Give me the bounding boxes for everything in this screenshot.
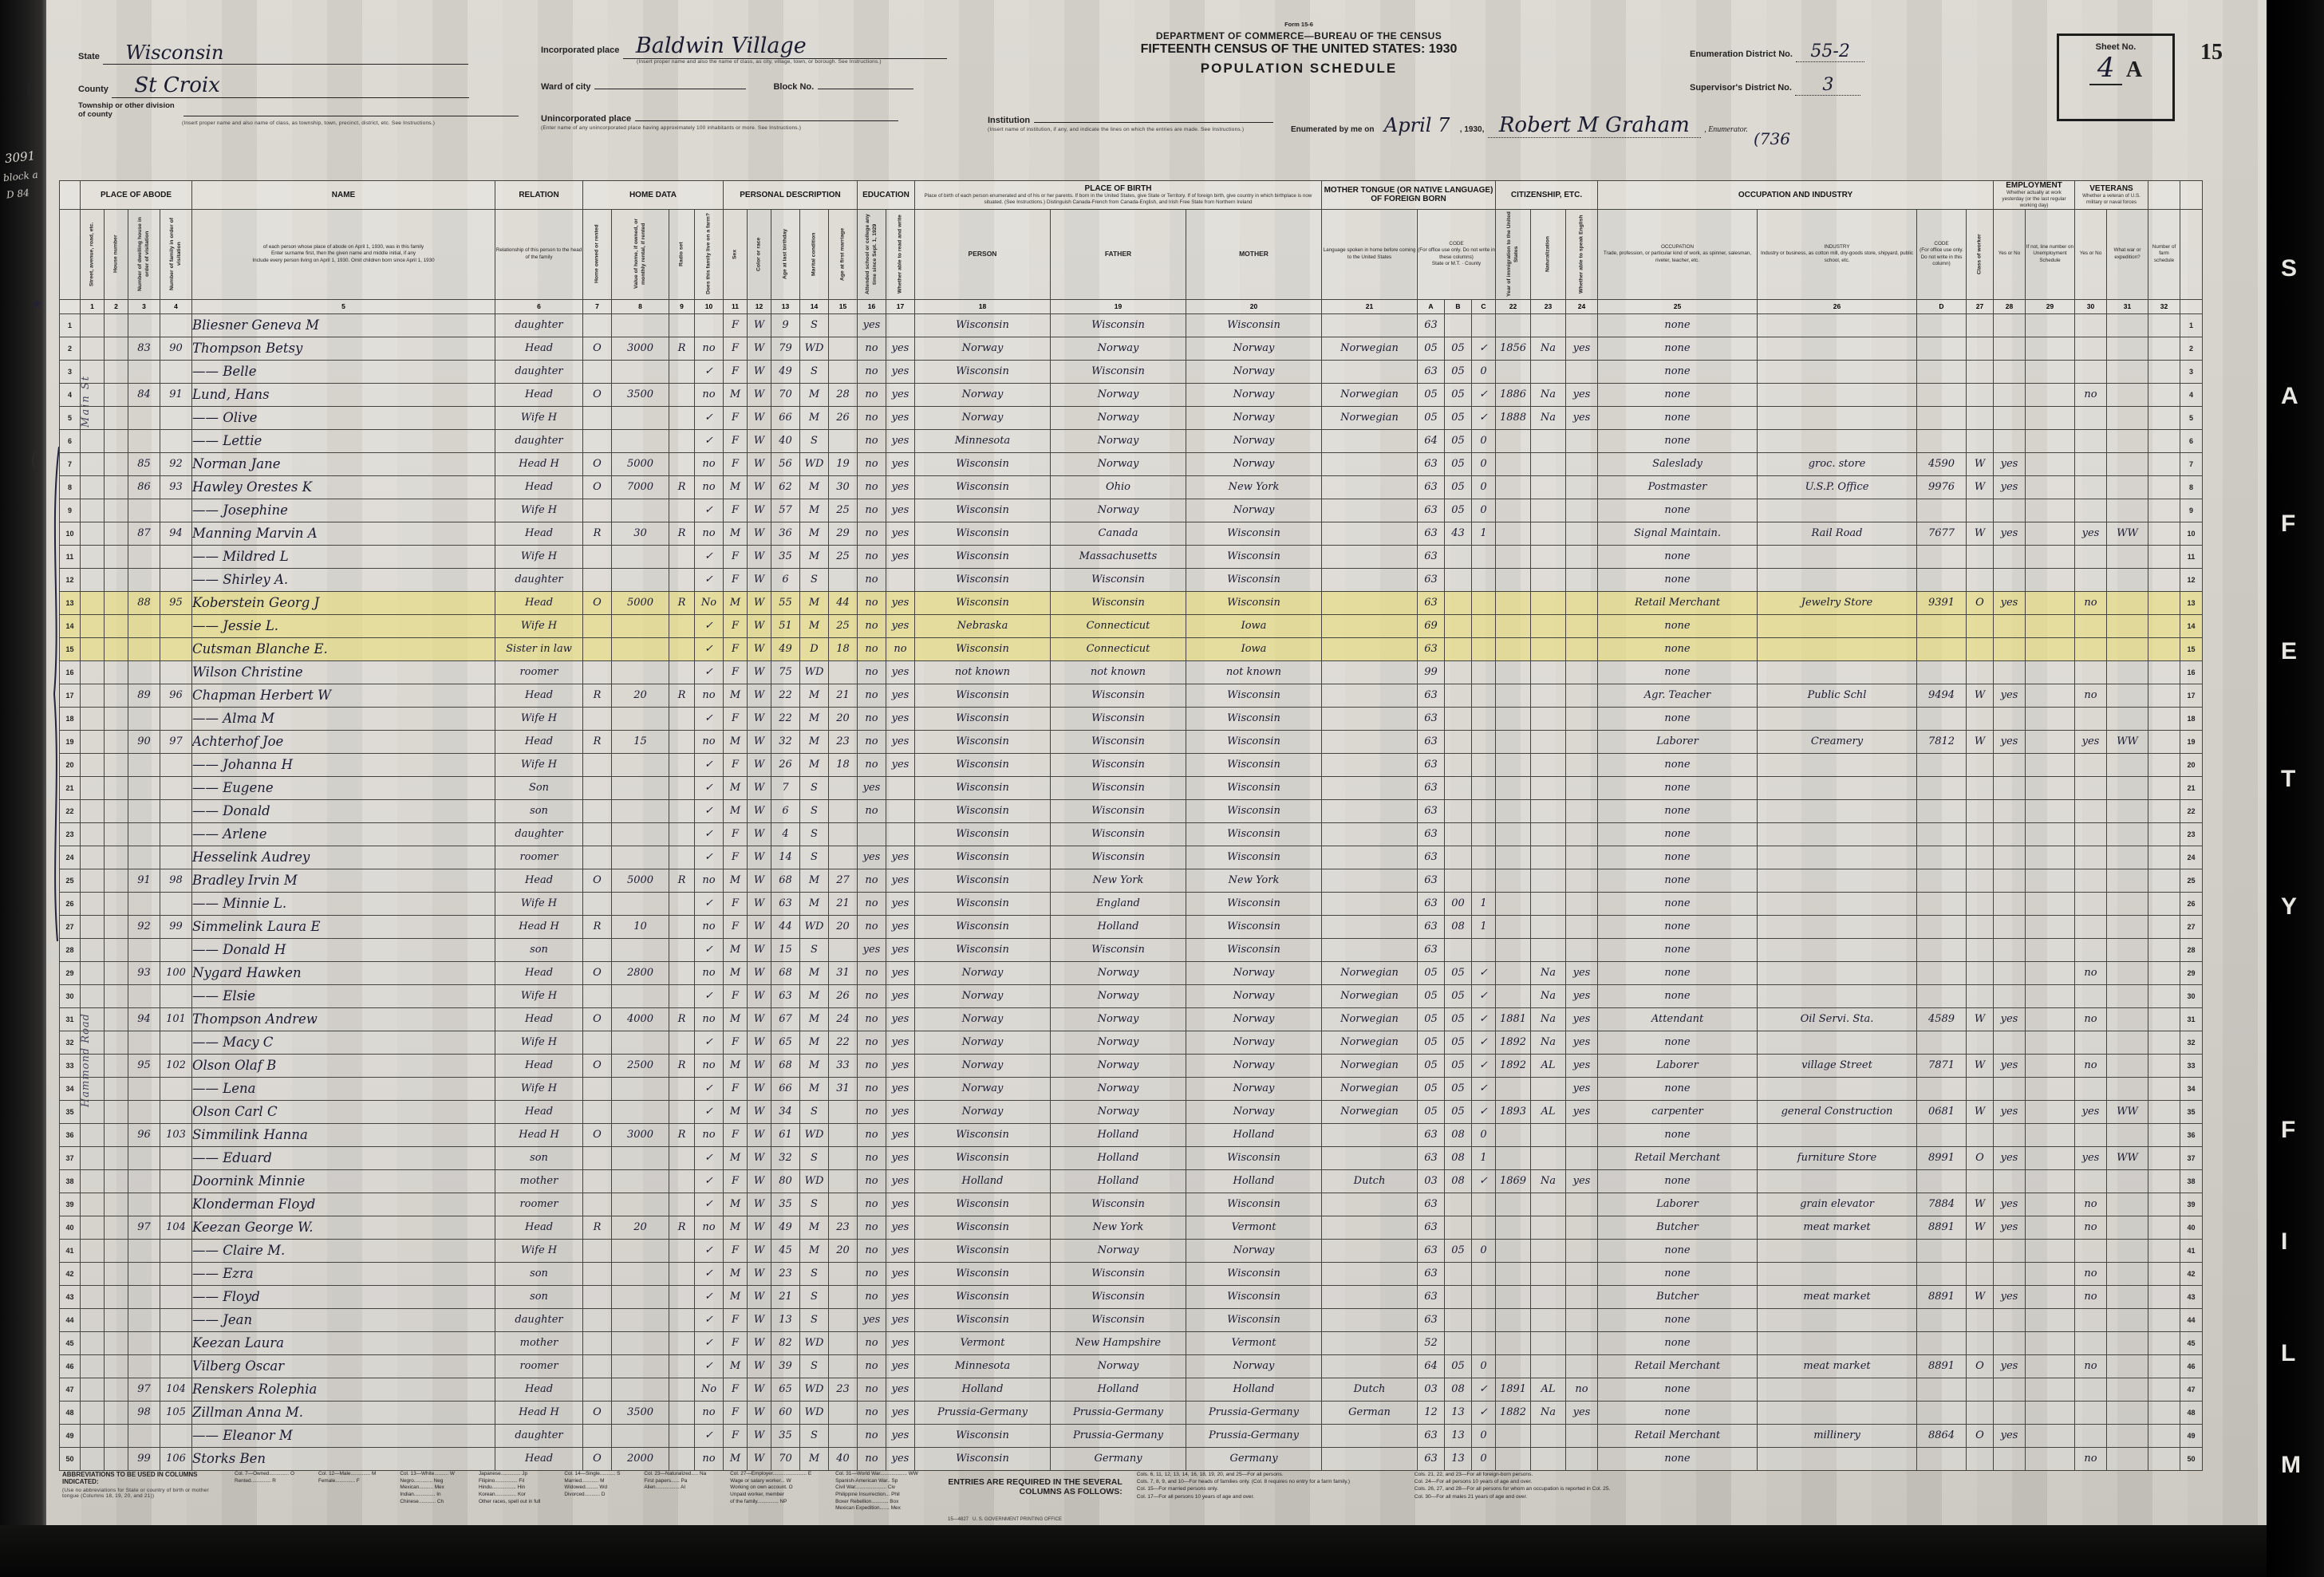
institution-note: (Insert name of institution, if any, and…: [988, 127, 1273, 132]
cell: R: [583, 915, 612, 938]
cell: 0: [1472, 499, 1496, 522]
cell: [829, 1285, 858, 1308]
cell: [128, 938, 160, 961]
cell: Wisconsin: [1186, 892, 1322, 915]
cell: yes: [1994, 1354, 2026, 1378]
cell: [829, 1331, 858, 1354]
cell: Manning Marvin A: [192, 522, 495, 545]
cell: 22: [60, 799, 81, 822]
cell: [128, 360, 160, 383]
census-row-10: 108794Manning Marvin AHeadR30RnoMW36M29n…: [60, 522, 2203, 545]
cell: [2148, 846, 2180, 869]
cell: no: [695, 1216, 724, 1239]
cell: [1967, 707, 1994, 730]
cell: [160, 753, 192, 776]
cell: grain elevator: [1758, 1193, 1917, 1216]
cell: [1445, 1331, 1472, 1354]
cell: ✓: [695, 406, 724, 429]
cell: ✓: [695, 1193, 724, 1216]
census-row-20: 20—— Johanna HWife H✓FW26M18noyesWiscons…: [60, 753, 2203, 776]
cell: [1967, 915, 1994, 938]
cell: [105, 383, 128, 406]
cell: 36: [771, 522, 800, 545]
cell: 3500: [612, 1401, 669, 1424]
cell: W: [748, 1285, 771, 1308]
cell: 48: [60, 1401, 81, 1424]
cell: [2148, 545, 2180, 568]
cell: M: [724, 1146, 748, 1169]
cell: Head: [495, 1216, 583, 1239]
cell: [2026, 753, 2075, 776]
cell: yes: [1994, 1100, 2026, 1123]
census-row-7: 78592Norman JaneHead HO5000noFW56WD19noy…: [60, 452, 2203, 475]
cell: 33: [60, 1054, 81, 1077]
column-group: [2180, 181, 2203, 210]
cell: W: [1967, 522, 1994, 545]
cell: 24: [829, 1007, 858, 1031]
cell: yes: [1994, 684, 2026, 707]
cell: yes: [886, 591, 915, 614]
cell: [105, 337, 128, 360]
cell: Norway: [1051, 429, 1186, 452]
cell: R: [583, 1216, 612, 1239]
cell: M: [800, 961, 829, 984]
column-group: VETERANSWhether a veteran of U.S. milita…: [2075, 181, 2148, 210]
cell: [1531, 591, 1566, 614]
cell: [128, 776, 160, 799]
cell: [583, 1262, 612, 1285]
cell: 05: [1445, 961, 1472, 984]
abbreviation-group: Col. 14—Single........... SMarried......…: [564, 1471, 620, 1520]
cell: Norway: [1186, 499, 1322, 522]
cell: [81, 1077, 105, 1100]
cell: no: [695, 1447, 724, 1470]
cell: [2026, 660, 2075, 684]
cell: [160, 1285, 192, 1308]
cell: [1758, 660, 1917, 684]
cell: 90: [160, 337, 192, 360]
cell: W: [748, 1447, 771, 1470]
cell: S: [800, 846, 829, 869]
cell: O: [1967, 1424, 1994, 1447]
cell: M: [724, 776, 748, 799]
cell: 37: [60, 1146, 81, 1169]
cell: yes: [886, 730, 915, 753]
population-schedule-table: PLACE OF ABODENAMERELATIONHOME DATAPERSO…: [59, 180, 2203, 1471]
cell: [1566, 799, 1598, 822]
cell: M: [800, 383, 829, 406]
cell: [2026, 1378, 2075, 1401]
cell: [81, 1447, 105, 1470]
cell: 44: [60, 1308, 81, 1331]
cell: no: [2075, 1447, 2107, 1470]
cell: 90: [128, 730, 160, 753]
column-number: 9: [669, 299, 695, 313]
cell: 46: [2180, 1354, 2203, 1378]
cell: [1496, 684, 1531, 707]
cell: 27: [60, 915, 81, 938]
cell: [1566, 637, 1598, 660]
cell: —— Jean: [192, 1308, 495, 1331]
cell: W: [748, 545, 771, 568]
cell: Retail Merchant: [1598, 1424, 1758, 1447]
cell: 19: [60, 730, 81, 753]
column-group: MOTHER TONGUE (OR NATIVE LANGUAGE) OF FO…: [1322, 181, 1496, 210]
cell: ✓: [695, 1285, 724, 1308]
cell: 14: [2180, 614, 2203, 637]
cell: [2148, 591, 2180, 614]
cell: [1917, 776, 1967, 799]
cell: WD: [800, 1169, 829, 1193]
cell: O: [583, 383, 612, 406]
cell: 63: [1418, 799, 1445, 822]
cell: [2148, 1239, 2180, 1262]
cell: [1994, 660, 2026, 684]
cell: Norwegian: [1322, 1054, 1418, 1077]
cell: Holland: [915, 1169, 1051, 1193]
cell: F: [724, 984, 748, 1007]
cell: Connecticut: [1051, 614, 1186, 637]
cell: [583, 406, 612, 429]
cell: 36: [60, 1123, 81, 1146]
cell: Wisconsin: [915, 1285, 1051, 1308]
census-row-24: 24Hesselink Audreyroomer✓FW14SyesyesWisc…: [60, 846, 2203, 869]
cell: none: [1598, 614, 1758, 637]
cell: none: [1598, 846, 1758, 869]
cell: WD: [800, 660, 829, 684]
cell: [1531, 1123, 1566, 1146]
cell: Norway: [1186, 337, 1322, 360]
cell: [2148, 684, 2180, 707]
cell: 43: [2180, 1285, 2203, 1308]
cell: [1967, 1331, 1994, 1354]
census-row-26: 26—— Minnie L.Wife H✓FW63M21noyesWiscons…: [60, 892, 2203, 915]
cell: [2107, 660, 2148, 684]
cell: none: [1598, 938, 1758, 961]
cell: Connecticut: [1051, 637, 1186, 660]
cell: [2107, 1054, 2148, 1077]
cell: [1994, 799, 2026, 822]
cell: 08: [1445, 1378, 1472, 1401]
cell: [1322, 1262, 1418, 1285]
cell: 05: [1445, 1354, 1472, 1378]
cell: Wife H: [495, 984, 583, 1007]
cell: [2107, 846, 2148, 869]
cell: 11: [60, 545, 81, 568]
cell: roomer: [495, 1354, 583, 1378]
cell: ✓: [695, 1169, 724, 1193]
cell: S: [800, 1308, 829, 1331]
cell: 4589: [1917, 1007, 1967, 1031]
cell: 18: [60, 707, 81, 730]
cell: 10: [612, 915, 669, 938]
cell: [2075, 938, 2107, 961]
cell: [2026, 822, 2075, 846]
cell: [160, 1031, 192, 1054]
film-letter: A: [2281, 383, 2298, 410]
cell: [1566, 545, 1598, 568]
cell: 41: [60, 1239, 81, 1262]
cell: 8991: [1917, 1146, 1967, 1169]
cell: [105, 1354, 128, 1378]
cell: Norway: [915, 1054, 1051, 1077]
cell: [105, 846, 128, 869]
cell: [669, 1285, 695, 1308]
cell: yes: [886, 614, 915, 637]
cell: [1472, 1285, 1496, 1308]
cell: [1758, 360, 1917, 383]
column-label: Yes or No: [2075, 209, 2107, 299]
cell: [1496, 730, 1531, 753]
cell: [2107, 429, 2148, 452]
cell: S: [800, 1193, 829, 1216]
cell: Laborer: [1598, 730, 1758, 753]
cell: R: [669, 591, 695, 614]
cell: yes: [1566, 1054, 1598, 1077]
cell: [1472, 730, 1496, 753]
cell: [2148, 1077, 2180, 1100]
cell: [81, 1354, 105, 1378]
census-row-15: 15Cutsman Blanche E.Sister in law✓FW49D1…: [60, 637, 2203, 660]
cell: [81, 1054, 105, 1077]
cell: Norway: [1051, 452, 1186, 475]
cell: 105: [160, 1401, 192, 1424]
cell: Rail Road: [1758, 522, 1917, 545]
cell: Norway: [915, 1100, 1051, 1123]
cell: [829, 1123, 858, 1146]
cell: 49: [60, 1424, 81, 1447]
cell: [81, 1031, 105, 1054]
cell: [1917, 961, 1967, 984]
cell: 08: [1445, 1146, 1472, 1169]
census-row-11: 11—— Mildred LWife H✓FW35M25noyesWiscons…: [60, 545, 2203, 568]
cell: 68: [771, 869, 800, 892]
cell: [1496, 869, 1531, 892]
census-row-30: 30—— ElsieWife H✓FW63M26noyesNorwayNorwa…: [60, 984, 2203, 1007]
cell: ✓: [695, 799, 724, 822]
cell: [1758, 1447, 1917, 1470]
cell: [2148, 961, 2180, 984]
cell: Holland: [1051, 1169, 1186, 1193]
cell: yes: [886, 846, 915, 869]
cell: Na: [1531, 406, 1566, 429]
cell: [1322, 545, 1418, 568]
cell: 26: [771, 753, 800, 776]
cell: Wisconsin: [1186, 1262, 1322, 1285]
cell: [1496, 1285, 1531, 1308]
cell: [669, 707, 695, 730]
cell: Norway: [1186, 1054, 1322, 1077]
census-row-35: 35Olson Carl CHead✓MW34SnoyesNorwayNorwa…: [60, 1100, 2203, 1123]
cell: R: [669, 1054, 695, 1077]
cell: [1758, 822, 1917, 846]
cell: 34: [60, 1077, 81, 1100]
cell: Wisconsin: [1186, 707, 1322, 730]
cell: [1758, 892, 1917, 915]
cell: M: [800, 1031, 829, 1054]
cell: Creamery: [1758, 730, 1917, 753]
cell: [1496, 1331, 1531, 1354]
column-label: of each person whose place of abode on A…: [192, 209, 495, 299]
cell: [1566, 1193, 1598, 1216]
cell: [1566, 452, 1598, 475]
cell: AL: [1531, 1378, 1566, 1401]
cell: yes: [1566, 406, 1598, 429]
cell: [1496, 1447, 1531, 1470]
cell: 05: [1418, 1100, 1445, 1123]
cell: W: [748, 799, 771, 822]
cell: 11: [2180, 545, 2203, 568]
cell: Norway: [1051, 1354, 1186, 1378]
cell: Wisconsin: [1051, 1285, 1186, 1308]
cell: [583, 1424, 612, 1447]
film-letter: M: [2281, 1452, 2301, 1479]
cell: [105, 1146, 128, 1169]
cell: Norwegian: [1322, 1077, 1418, 1100]
cell: 97: [160, 730, 192, 753]
cell: ✓: [695, 660, 724, 684]
cell: W: [1967, 1007, 1994, 1031]
cell: [829, 846, 858, 869]
cell: Wife H: [495, 614, 583, 637]
cell: 20: [60, 753, 81, 776]
footer-notes: ABBREVIATIONS TO BE USED IN COLUMNS INDI…: [62, 1471, 2240, 1520]
cell: [1566, 892, 1598, 915]
cell: [1445, 1193, 1472, 1216]
cell: 62: [771, 475, 800, 499]
cell: meat market: [1758, 1216, 1917, 1239]
cell: S: [800, 799, 829, 822]
cell: not known: [915, 660, 1051, 684]
cell: [1531, 1447, 1566, 1470]
census-row-44: 44—— Jeandaughter✓FW13SyesyesWisconsinWi…: [60, 1308, 2203, 1331]
cell: 4590: [1917, 452, 1967, 475]
cell: [105, 360, 128, 383]
cell: Laborer: [1598, 1193, 1758, 1216]
cell: [1917, 1262, 1967, 1285]
cell: [81, 406, 105, 429]
cell: 19: [829, 452, 858, 475]
cell: Head: [495, 475, 583, 499]
cell: [105, 1007, 128, 1031]
column-number: 18: [915, 299, 1051, 313]
cell: [105, 1216, 128, 1239]
cell: WW: [2107, 522, 2148, 545]
cell: [2148, 892, 2180, 915]
cell: O: [1967, 591, 1994, 614]
cell: yes: [886, 1146, 915, 1169]
cell: no: [858, 1077, 886, 1100]
cell: yes: [1994, 1193, 2026, 1216]
marginalia-top-right: (736: [1754, 129, 1790, 148]
cell: Wisconsin: [915, 753, 1051, 776]
cell: Norway: [1051, 1054, 1186, 1077]
cell: O: [583, 452, 612, 475]
cell: W: [748, 1054, 771, 1077]
cell: Wife H: [495, 1239, 583, 1262]
cell: [1917, 406, 1967, 429]
cell: ✓: [695, 545, 724, 568]
cell: no: [858, 707, 886, 730]
cell: [1967, 568, 1994, 591]
column-number: [60, 299, 81, 313]
cell: Wisconsin: [1186, 591, 1322, 614]
cell: 23: [771, 1262, 800, 1285]
cell: 05: [1418, 1077, 1445, 1100]
cell: 68: [771, 961, 800, 984]
cell: no: [695, 684, 724, 707]
cell: 0: [1472, 1354, 1496, 1378]
cell: Holland: [1051, 1378, 1186, 1401]
cell: [583, 429, 612, 452]
cell: S: [800, 822, 829, 846]
cell: no: [858, 1123, 886, 1146]
cell: [2026, 406, 2075, 429]
cell: Wisconsin: [915, 892, 1051, 915]
cell: [1758, 1077, 1917, 1100]
cell: no: [858, 1193, 886, 1216]
column-number: 15: [829, 299, 858, 313]
cell: 05: [1445, 452, 1472, 475]
cell: [105, 406, 128, 429]
cell: Wisconsin: [915, 313, 1051, 337]
cell: no: [858, 753, 886, 776]
cell: Wisconsin: [1051, 591, 1186, 614]
cell: [583, 1031, 612, 1054]
cell: [1967, 1169, 1994, 1193]
cell: [1994, 915, 2026, 938]
cell: [612, 1285, 669, 1308]
cell: [1531, 313, 1566, 337]
cell: [1322, 869, 1418, 892]
column-label: CODE(For office use only. Do not write i…: [1418, 209, 1496, 299]
cell: M: [800, 522, 829, 545]
cell: [1445, 614, 1472, 637]
census-row-12: 12—— Shirley A.daughter✓FW6SnoWisconsinW…: [60, 568, 2203, 591]
cell: New York: [1051, 1216, 1186, 1239]
cell: [1322, 892, 1418, 915]
cell: [1994, 938, 2026, 961]
cell: [2107, 1123, 2148, 1146]
cell: ✓: [695, 1077, 724, 1100]
cell: [81, 846, 105, 869]
ed-value: 55-2: [1796, 41, 1864, 62]
cell: 34: [771, 1100, 800, 1123]
cell: F: [724, 313, 748, 337]
cell: [669, 499, 695, 522]
cell: no: [695, 522, 724, 545]
cell: M: [724, 1447, 748, 1470]
cell: F: [724, 707, 748, 730]
cell: O: [583, 1054, 612, 1077]
cell: [1758, 799, 1917, 822]
column-number: 13: [771, 299, 800, 313]
incorporated-field: Incorporated place Baldwin Village (Inse…: [541, 34, 947, 65]
cell: no: [858, 1447, 886, 1470]
cell: S: [800, 1285, 829, 1308]
cell: [1967, 614, 1994, 637]
cell: W: [748, 846, 771, 869]
cell: ✓: [1472, 1007, 1496, 1031]
cell: [669, 360, 695, 383]
cell: 4000: [612, 1007, 669, 1031]
cell: [1917, 360, 1967, 383]
cell: 18: [829, 753, 858, 776]
cell: 05: [1445, 1077, 1472, 1100]
cell: D: [800, 637, 829, 660]
cell: no: [858, 961, 886, 984]
cell: W: [748, 429, 771, 452]
